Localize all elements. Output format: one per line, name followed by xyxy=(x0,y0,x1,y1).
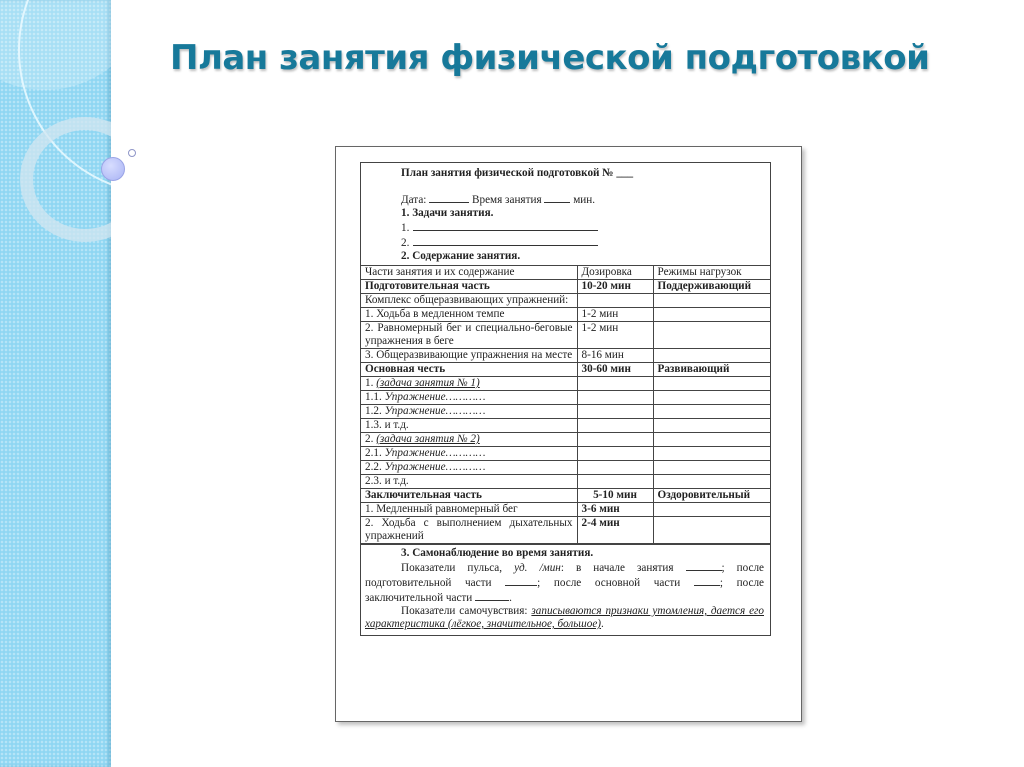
part-cell: Подготовительная часть xyxy=(361,280,577,294)
time-blank xyxy=(544,192,570,203)
part-cell: 2. Равномерный бег и специально-беговые … xyxy=(361,322,577,349)
load-mode-cell xyxy=(653,447,770,461)
wellbeing-paragraph: Показатели самочувствия: записываются пр… xyxy=(365,605,764,631)
decorative-side-strip xyxy=(0,0,111,767)
document-image: План занятия физической подготовкой № __… xyxy=(335,146,802,722)
column-header: Дозировка xyxy=(577,266,653,280)
pulse-paragraph: Показатели пульса, уд. /мин: в начале за… xyxy=(365,560,764,605)
table-row: Заключительная часть5-10 минОздоровитель… xyxy=(361,489,770,503)
dose-cell: 3-6 мин xyxy=(577,503,653,517)
load-mode-cell xyxy=(653,405,770,419)
content-heading: 2. Содержание занятия. xyxy=(401,250,764,263)
decorative-thick-ring xyxy=(20,117,111,242)
table-row: Подготовительная часть10-20 минПоддержив… xyxy=(361,280,770,294)
date-blank xyxy=(429,192,469,203)
table-row: 1. Ходьба в медленном темпе1-2 мин xyxy=(361,308,770,322)
dose-cell xyxy=(577,294,653,308)
part-cell: Комплекс общеразвивающих упражнений: xyxy=(361,294,577,308)
dose-cell: 5-10 мин xyxy=(577,489,653,503)
task-line-1: 1. xyxy=(401,220,764,235)
part-cell: 3. Общеразвивающие упражнения на месте xyxy=(361,349,577,363)
table-row: 2.2. Упражнение………… xyxy=(361,461,770,475)
column-header: Части занятия и их содержание xyxy=(361,266,577,280)
load-mode-cell xyxy=(653,391,770,405)
self-observation-section: 3. Самонаблюдение во время занятия. Пока… xyxy=(361,544,770,635)
lesson-content-table: Части занятия и их содержание Дозировка … xyxy=(361,265,770,544)
table-row: 2. Ходьба с выполнением дыхательных упра… xyxy=(361,517,770,544)
part-cell: 1.2. Упражнение………… xyxy=(361,405,577,419)
self-observation-heading: 3. Самонаблюдение во время занятия. xyxy=(365,547,764,560)
part-cell: 2. Ходьба с выполнением дыхательных упра… xyxy=(361,517,577,544)
part-cell: Заключительная часть xyxy=(361,489,577,503)
column-header: Режимы нагрузок xyxy=(653,266,770,280)
load-mode-cell xyxy=(653,308,770,322)
date-time-line: Дата: Время занятия мин. xyxy=(401,192,764,207)
part-cell: Основная честь xyxy=(361,363,577,377)
lesson-plan-form: План занятия физической подготовкой № __… xyxy=(360,162,771,636)
table-row: 2.1. Упражнение………… xyxy=(361,447,770,461)
part-cell: 1.1. Упражнение………… xyxy=(361,391,577,405)
dose-cell xyxy=(577,475,653,489)
load-mode-cell xyxy=(653,377,770,391)
dose-cell: 1-2 мин xyxy=(577,308,653,322)
load-mode-cell xyxy=(653,517,770,544)
dose-cell xyxy=(577,461,653,475)
dose-cell: 8-16 мин xyxy=(577,349,653,363)
load-mode-cell: Оздоровительный xyxy=(653,489,770,503)
decorative-bubble-icon xyxy=(101,157,125,181)
table-row: 1. (задача занятия № 1) xyxy=(361,377,770,391)
part-cell: 1. (задача занятия № 1) xyxy=(361,377,577,391)
dose-cell xyxy=(577,405,653,419)
load-mode-cell xyxy=(653,294,770,308)
dose-cell xyxy=(577,419,653,433)
dose-cell xyxy=(577,377,653,391)
table-row: 3. Общеразвивающие упражнения на месте8-… xyxy=(361,349,770,363)
part-cell: 2. (задача занятия № 2) xyxy=(361,433,577,447)
table-row: 1.1. Упражнение………… xyxy=(361,391,770,405)
dose-cell: 30-60 мин xyxy=(577,363,653,377)
table-row: 1.2. Упражнение………… xyxy=(361,405,770,419)
table-row: 1.3. и т.д. xyxy=(361,419,770,433)
part-cell: 2.3. и т.д. xyxy=(361,475,577,489)
part-cell: 1. Медленный равномерный бег xyxy=(361,503,577,517)
load-mode-cell xyxy=(653,419,770,433)
table-row: 2. Равномерный бег и специально-беговые … xyxy=(361,322,770,349)
tasks-heading: 1. Задачи занятия. xyxy=(401,207,764,220)
form-title: План занятия физической подготовкой № __… xyxy=(401,167,764,180)
dose-cell: 1-2 мин xyxy=(577,322,653,349)
load-mode-cell xyxy=(653,475,770,489)
load-mode-cell xyxy=(653,461,770,475)
load-mode-cell xyxy=(653,503,770,517)
dose-cell: 10-20 мин xyxy=(577,280,653,294)
load-mode-cell xyxy=(653,349,770,363)
load-mode-cell xyxy=(653,433,770,447)
decorative-small-bubble-icon xyxy=(128,149,136,157)
part-cell: 1.3. и т.д. xyxy=(361,419,577,433)
part-cell: 2.2. Упражнение………… xyxy=(361,461,577,475)
table-row: Комплекс общеразвивающих упражнений: xyxy=(361,294,770,308)
table-row: 1. Медленный равномерный бег3-6 мин xyxy=(361,503,770,517)
form-header: План занятия физической подготовкой № __… xyxy=(361,163,770,265)
dose-cell xyxy=(577,447,653,461)
slide-title: План занятия физической подготовкой xyxy=(170,38,929,78)
load-mode-cell xyxy=(653,322,770,349)
dose-cell xyxy=(577,391,653,405)
load-mode-cell: Развивающий xyxy=(653,363,770,377)
dose-cell xyxy=(577,433,653,447)
part-cell: 1. Ходьба в медленном темпе xyxy=(361,308,577,322)
task-line-2: 2. xyxy=(401,235,764,250)
load-mode-cell: Поддерживающий xyxy=(653,280,770,294)
dose-cell: 2-4 мин xyxy=(577,517,653,544)
part-cell: 2.1. Упражнение………… xyxy=(361,447,577,461)
table-header-row: Части занятия и их содержание Дозировка … xyxy=(361,266,770,280)
table-row: 2.3. и т.д. xyxy=(361,475,770,489)
table-row: 2. (задача занятия № 2) xyxy=(361,433,770,447)
table-row: Основная честь30-60 минРазвивающий xyxy=(361,363,770,377)
